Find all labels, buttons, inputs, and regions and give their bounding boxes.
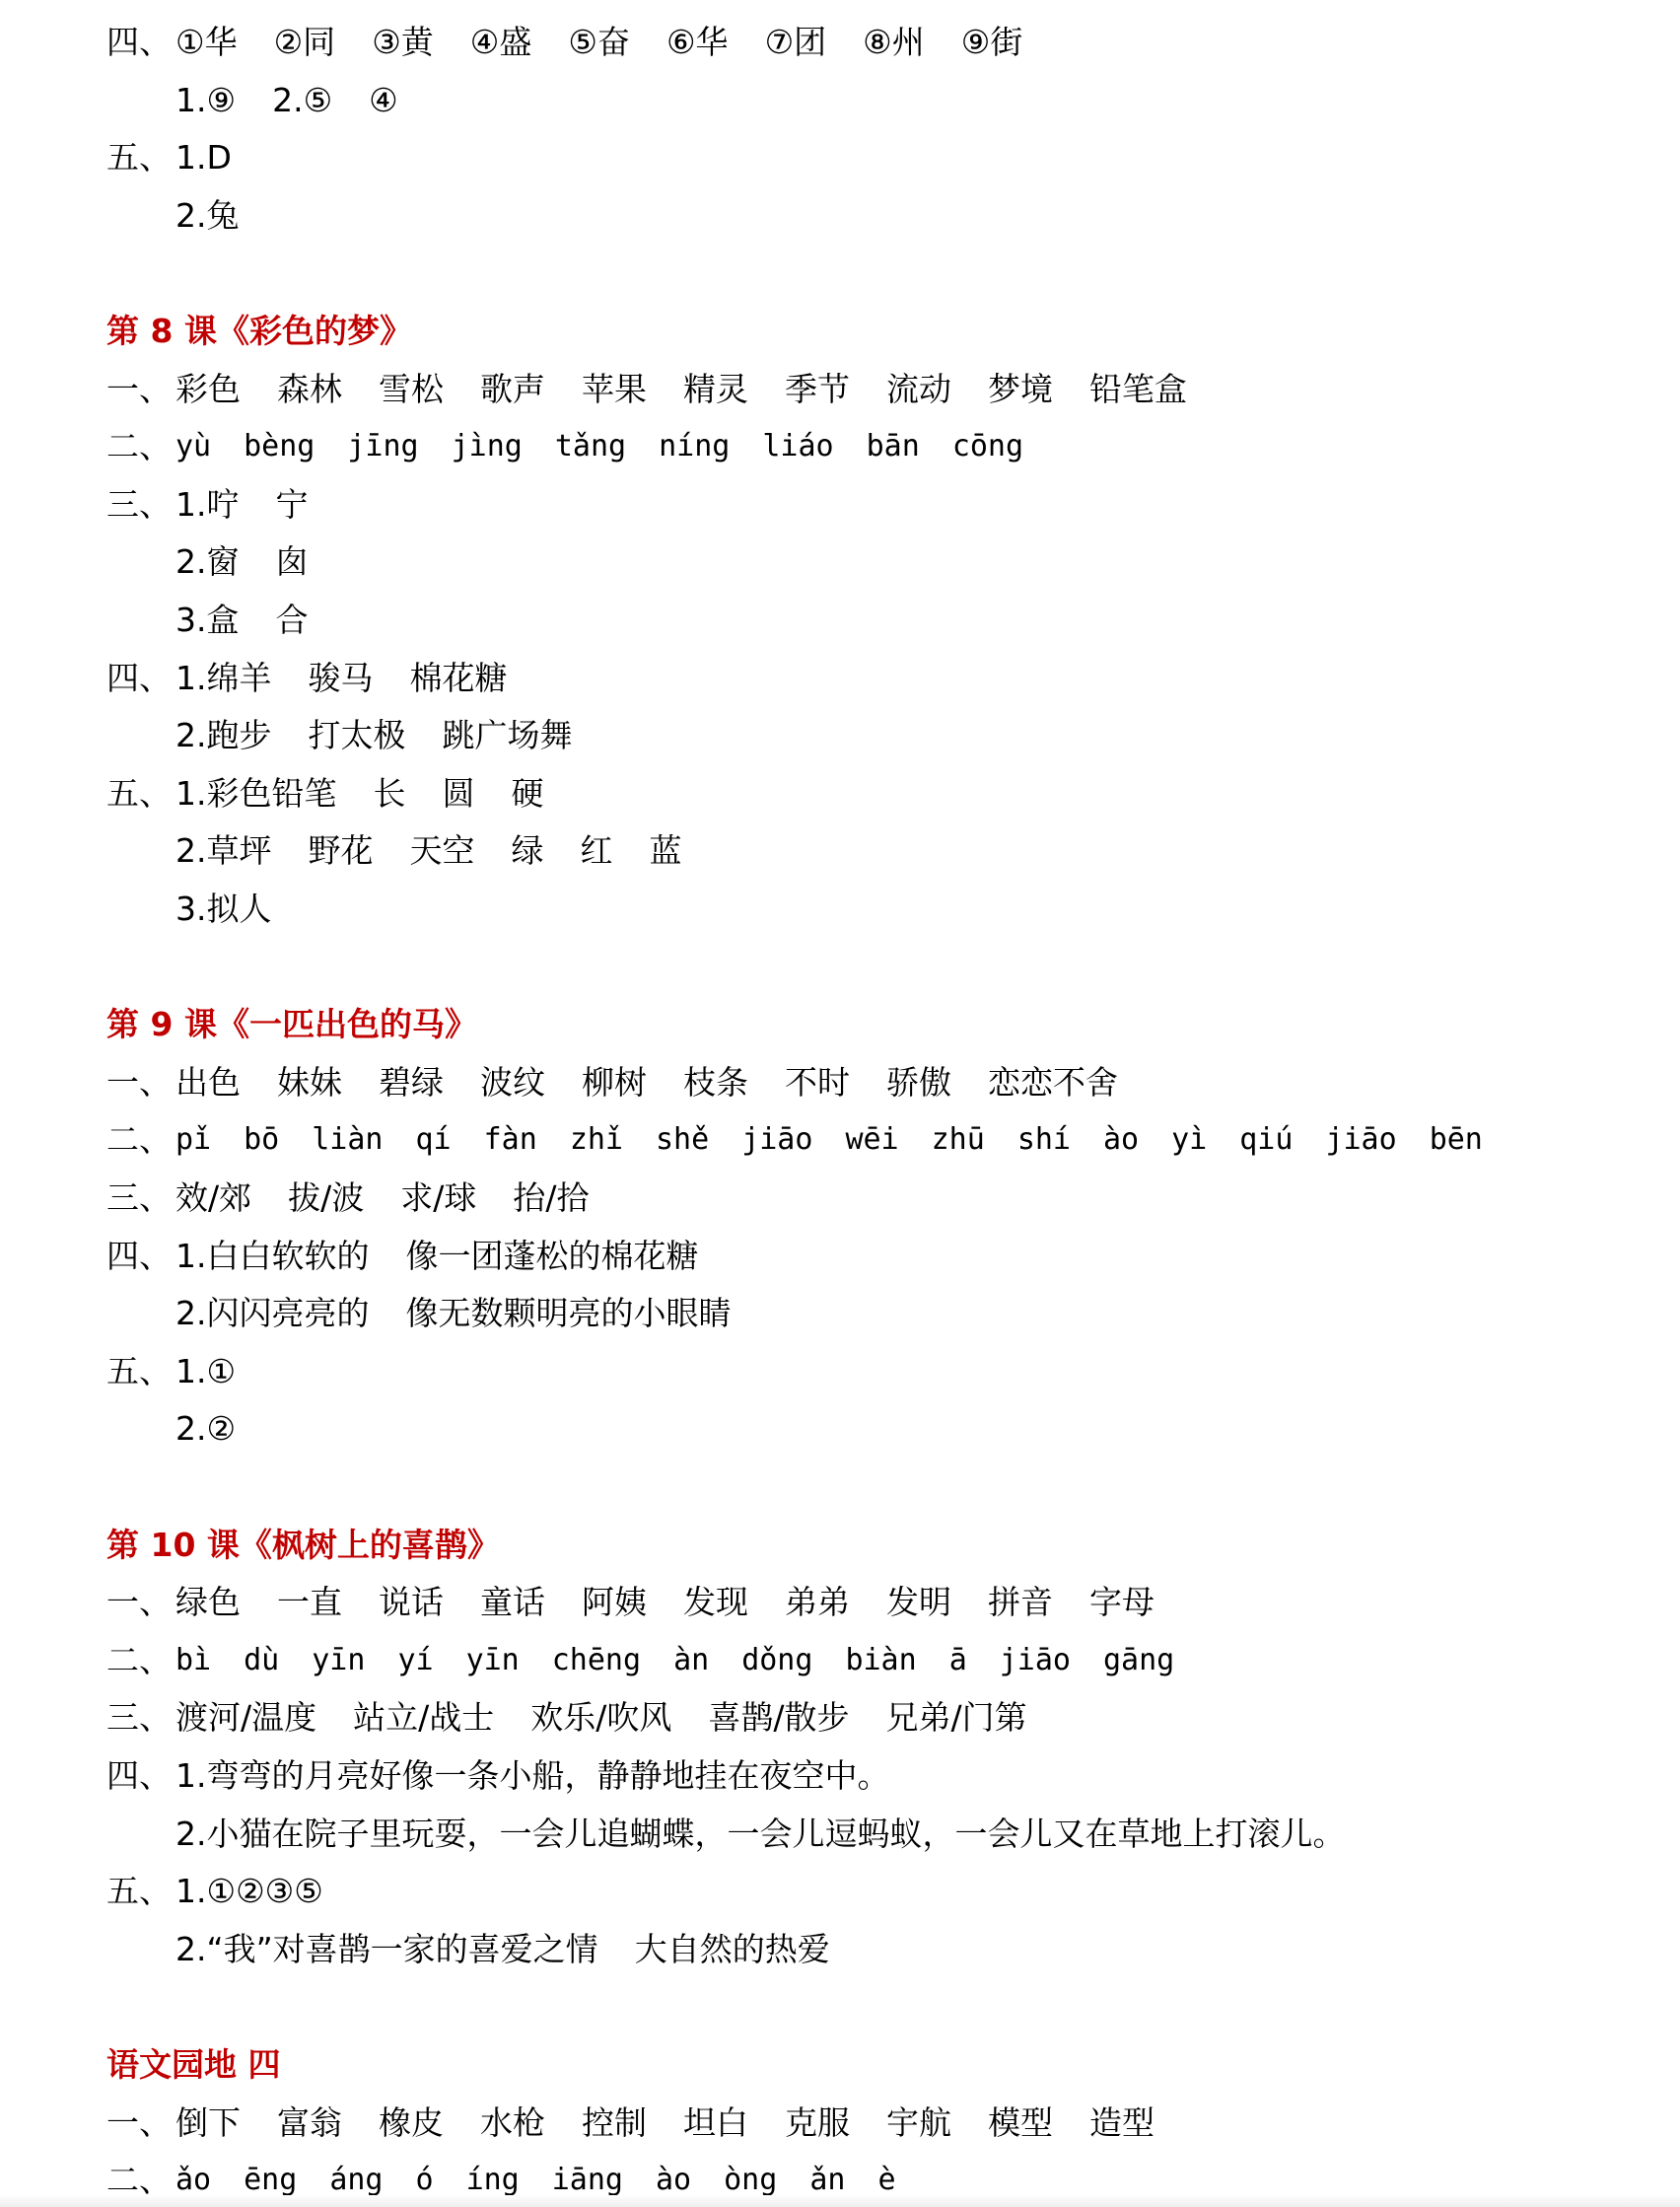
answer-item: 欢乐/吹风 bbox=[530, 1689, 671, 1746]
answer-item: 像一团蓬松的棉花糖 bbox=[406, 1228, 699, 1285]
answer-items: bìdùyīnyíyīnchēngàndǒngbiànājiāogāng bbox=[175, 1632, 1207, 1689]
answer-item: 绿色 bbox=[175, 1574, 241, 1631]
answer-item: 出色 bbox=[175, 1054, 241, 1111]
section-heading-lesson8: 第 8 课《彩色的梦》 bbox=[106, 303, 412, 360]
answer-item: 2.⑤ bbox=[272, 72, 332, 129]
answer-line-lesson10-q5-2: 2.“我”对喜鹊一家的喜爱之情大自然的热爱 bbox=[175, 1921, 830, 1978]
answer-line-lesson10-q4-2: 2.小猫在院子里玩耍，一会儿追蝴蝶，一会儿逗蚂蚁，一会儿又在草地上打滚儿。 bbox=[175, 1806, 1346, 1863]
question-number: 四、 bbox=[106, 14, 175, 71]
answer-items: 1.① bbox=[175, 1343, 236, 1400]
answer-line-lesson8-q3-2: 2.窗囱 bbox=[175, 534, 309, 591]
pinyin-answer: fàn bbox=[484, 1111, 537, 1169]
answer-item: 打太极 bbox=[309, 707, 406, 764]
question-number: 一、 bbox=[106, 1574, 175, 1631]
pinyin-answer: chēng bbox=[552, 1632, 641, 1689]
answer-items: 1.①②③⑤ bbox=[175, 1863, 323, 1920]
pinyin-answer: yí bbox=[397, 1632, 433, 1689]
pinyin-answer: liàn bbox=[312, 1111, 383, 1169]
question-number: 五、 bbox=[106, 1343, 175, 1400]
answer-item: 倒下 bbox=[175, 2095, 241, 2152]
answer-item: 精灵 bbox=[683, 361, 748, 418]
answer-item: 站立/战士 bbox=[353, 1689, 494, 1746]
answer-item: 弟弟 bbox=[785, 1574, 850, 1631]
answer-items: 1.咛宁 bbox=[175, 476, 309, 534]
answer-line-top-continuation-q4_sub: 1.⑨2.⑤④ bbox=[175, 72, 398, 129]
pinyin-answer: pǐ bbox=[175, 1111, 211, 1169]
pinyin-answer: zhǐ bbox=[570, 1111, 623, 1169]
answer-item: 橡皮 bbox=[379, 2095, 444, 2152]
answer-line-lesson9-q1: 一、出色妹妹碧绿波纹柳树枝条不时骄傲恋恋不舍 bbox=[106, 1054, 1118, 1111]
answer-item: ⑧州 bbox=[863, 14, 925, 71]
answer-item: 不时 bbox=[785, 1054, 850, 1111]
pinyin-answer: zhū bbox=[932, 1111, 985, 1169]
answer-item: 1.咛 bbox=[175, 476, 240, 534]
answer-item: 3.拟人 bbox=[175, 881, 272, 938]
answer-item: 天空 bbox=[410, 822, 475, 880]
answer-item: 铅笔盒 bbox=[1089, 361, 1187, 418]
page-bottom-edge bbox=[0, 2195, 1680, 2207]
question-number: 三、 bbox=[106, 1170, 175, 1227]
answer-item: 喜鹊/散步 bbox=[708, 1689, 849, 1746]
answer-item: 1.彩色铅笔 bbox=[175, 765, 337, 822]
pinyin-answer: jiāo bbox=[1325, 1111, 1396, 1169]
answer-item: 2.小猫在院子里玩耍，一会儿追蝴蝶，一会儿逗蚂蚁，一会儿又在草地上打滚儿。 bbox=[175, 1806, 1346, 1863]
answer-items: yùbèngjīngjìngtǎngníngliáobāncōng bbox=[175, 418, 1056, 475]
pinyin-answer: bēn bbox=[1430, 1111, 1483, 1169]
answer-item: 梦境 bbox=[988, 361, 1053, 418]
answer-item: 流动 bbox=[886, 361, 951, 418]
answer-item: 圆 bbox=[443, 765, 475, 822]
pinyin-answer: níng bbox=[659, 418, 730, 475]
answer-line-top-continuation-q4: 四、①华②同③黄④盛⑤奋⑥华⑦团⑧州⑨街 bbox=[106, 14, 1022, 71]
pinyin-answer: ā bbox=[949, 1632, 967, 1689]
pinyin-answer: gāng bbox=[1103, 1632, 1174, 1689]
pinyin-answer: bèng bbox=[244, 418, 315, 475]
pinyin-answer: qiú bbox=[1239, 1111, 1293, 1169]
answer-line-lesson9-q5-2: 2.② bbox=[175, 1400, 236, 1458]
answer-item: 硬 bbox=[512, 765, 544, 822]
answer-item: 跳广场舞 bbox=[443, 707, 573, 764]
pinyin-answer: biàn bbox=[845, 1632, 916, 1689]
pinyin-answer: bō bbox=[244, 1111, 279, 1169]
answer-line-lesson8-q5-3: 3.拟人 bbox=[175, 881, 272, 938]
answer-line-lesson8-q3-3: 3.盒合 bbox=[175, 592, 309, 649]
pinyin-answer: yì bbox=[1171, 1111, 1207, 1169]
answer-item: 长 bbox=[374, 765, 406, 822]
section-heading-lesson10: 第 10 课《枫树上的喜鹊》 bbox=[106, 1517, 500, 1574]
answer-line-lesson8-q3-1: 三、1.咛宁 bbox=[106, 476, 309, 534]
answer-items: ①华②同③黄④盛⑤奋⑥华⑦团⑧州⑨街 bbox=[175, 14, 1022, 71]
pinyin-answer: jiāo bbox=[1000, 1632, 1071, 1689]
answer-item: 水枪 bbox=[480, 2095, 545, 2152]
answer-item: 囱 bbox=[276, 534, 309, 591]
pinyin-answer: àn bbox=[673, 1632, 709, 1689]
answer-line-lesson10-q2: 二、bìdùyīnyíyīnchēngàndǒngbiànājiāogāng bbox=[106, 1632, 1207, 1689]
answer-item: 富翁 bbox=[277, 2095, 342, 2152]
answer-item: 2.“我”对喜鹊一家的喜爱之情 bbox=[175, 1921, 598, 1978]
answer-items: 1.白白软软的像一团蓬松的棉花糖 bbox=[175, 1228, 699, 1285]
answer-line-lesson10-q3: 三、渡河/温度站立/战士欢乐/吹风喜鹊/散步兄弟/门第 bbox=[106, 1689, 1027, 1746]
answer-line-lesson9-q3: 三、效/郊拔/波求/球抬/拾 bbox=[106, 1170, 590, 1227]
answer-item: 1.⑨ bbox=[175, 72, 236, 129]
pinyin-answer: cōng bbox=[952, 418, 1023, 475]
answer-item: 效/郊 bbox=[175, 1170, 251, 1227]
answer-item: 大自然的热爱 bbox=[635, 1921, 830, 1978]
answer-items: 1.⑨2.⑤④ bbox=[175, 72, 398, 129]
answer-item: 2.窗 bbox=[175, 534, 240, 591]
answer-item: ③黄 bbox=[372, 14, 434, 71]
answer-items: 出色妹妹碧绿波纹柳树枝条不时骄傲恋恋不舍 bbox=[175, 1054, 1118, 1111]
section-heading-lesson9: 第 9 课《一匹出色的马》 bbox=[106, 996, 477, 1053]
answer-line-lesson9-q4-2: 2.闪闪亮亮的像无数颗明亮的小眼睛 bbox=[175, 1285, 732, 1342]
answer-line-lesson9-q2: 二、pǐbōliànqífànzhǐshějiāowēizhūshíàoyìqi… bbox=[106, 1111, 1515, 1169]
answer-line-lesson9-q4-1: 四、1.白白软软的像一团蓬松的棉花糖 bbox=[106, 1228, 699, 1285]
pinyin-answer: yīn bbox=[466, 1632, 520, 1689]
question-number: 三、 bbox=[106, 1689, 175, 1746]
answer-item: 妹妹 bbox=[277, 1054, 342, 1111]
answer-item: 宇航 bbox=[886, 2095, 951, 2152]
answer-item: 字母 bbox=[1089, 1574, 1155, 1631]
pinyin-answer: liáo bbox=[762, 418, 833, 475]
answer-item: 兄弟/门第 bbox=[886, 1689, 1027, 1746]
answer-item: 森林 bbox=[277, 361, 342, 418]
answer-items: 3.拟人 bbox=[175, 881, 272, 938]
answer-item: 拼音 bbox=[988, 1574, 1053, 1631]
answer-item: 彩色 bbox=[175, 361, 241, 418]
question-number: 五、 bbox=[106, 765, 175, 822]
answer-item: 1.D bbox=[175, 129, 232, 186]
answer-items: 2.跑步打太极跳广场舞 bbox=[175, 707, 573, 764]
answer-item: 1.① bbox=[175, 1343, 236, 1400]
answer-item: 歌声 bbox=[480, 361, 545, 418]
answer-item: 3.盒 bbox=[175, 592, 240, 649]
pinyin-answer: yù bbox=[175, 418, 211, 475]
answer-item: 柳树 bbox=[582, 1054, 647, 1111]
question-number: 四、 bbox=[106, 650, 175, 707]
question-number: 三、 bbox=[106, 476, 175, 534]
answer-line-top-continuation-q5_1: 五、1.D bbox=[106, 129, 232, 186]
answer-line-lesson8-q5-2: 2.草坪野花天空绿红蓝 bbox=[175, 822, 682, 880]
answer-item: ④盛 bbox=[470, 14, 532, 71]
pinyin-answer: jiāo bbox=[741, 1111, 812, 1169]
pinyin-answer: bì bbox=[175, 1632, 211, 1689]
answer-line-lesson8-q1: 一、彩色森林雪松歌声苹果精灵季节流动梦境铅笔盒 bbox=[106, 361, 1187, 418]
question-number: 五、 bbox=[106, 129, 175, 186]
answer-item: 模型 bbox=[988, 2095, 1053, 2152]
answer-item: 碧绿 bbox=[379, 1054, 444, 1111]
answer-items: 1.D bbox=[175, 129, 232, 186]
answer-line-garden4-q1: 一、倒下富翁橡皮水枪控制坦白克服宇航模型造型 bbox=[106, 2095, 1155, 2152]
answer-items: 2.兔 bbox=[175, 187, 240, 245]
answer-item: 克服 bbox=[785, 2095, 850, 2152]
pinyin-answer: shí bbox=[1017, 1111, 1071, 1169]
answer-item: 渡河/温度 bbox=[175, 1689, 316, 1746]
answer-item: 枝条 bbox=[683, 1054, 748, 1111]
answer-item: 绿 bbox=[512, 822, 544, 880]
answer-item: 说话 bbox=[379, 1574, 444, 1631]
answer-items: 1.绵羊骏马棉花糖 bbox=[175, 650, 508, 707]
question-number: 四、 bbox=[106, 1747, 175, 1805]
question-number: 二、 bbox=[106, 1632, 175, 1689]
answer-item: 波纹 bbox=[480, 1054, 545, 1111]
answer-item: 1.①②③⑤ bbox=[175, 1863, 323, 1920]
answer-item: 1.绵羊 bbox=[175, 650, 272, 707]
answer-item: ⑨街 bbox=[961, 14, 1023, 71]
answer-item: ⑤奋 bbox=[568, 14, 630, 71]
answer-item: ④ bbox=[369, 72, 398, 129]
answer-item: 宁 bbox=[276, 476, 309, 534]
answer-line-lesson8-q4-2: 2.跑步打太极跳广场舞 bbox=[175, 707, 573, 764]
answer-item: 抬/拾 bbox=[513, 1170, 589, 1227]
answer-item: 像无数颗明亮的小眼睛 bbox=[406, 1285, 732, 1342]
answer-items: 倒下富翁橡皮水枪控制坦白克服宇航模型造型 bbox=[175, 2095, 1155, 2152]
question-number: 一、 bbox=[106, 2095, 175, 2152]
answer-item: 合 bbox=[276, 592, 309, 649]
answer-items: 绿色一直说话童话阿姨发现弟弟发明拼音字母 bbox=[175, 1574, 1155, 1631]
answer-items: 效/郊拔/波求/球抬/拾 bbox=[175, 1170, 590, 1227]
question-number: 二、 bbox=[106, 418, 175, 475]
answer-item: 2.兔 bbox=[175, 187, 240, 245]
answer-items: 2.窗囱 bbox=[175, 534, 309, 591]
answer-item: 童话 bbox=[480, 1574, 545, 1631]
answer-items: 彩色森林雪松歌声苹果精灵季节流动梦境铅笔盒 bbox=[175, 361, 1187, 418]
answer-items: 2.闪闪亮亮的像无数颗明亮的小眼睛 bbox=[175, 1285, 732, 1342]
pinyin-answer: shě bbox=[656, 1111, 709, 1169]
answer-item: 骏马 bbox=[309, 650, 374, 707]
answer-item: 阿姨 bbox=[582, 1574, 647, 1631]
pinyin-answer: yīn bbox=[312, 1632, 365, 1689]
answer-items: 2.草坪野花天空绿红蓝 bbox=[175, 822, 682, 880]
answer-line-lesson8-q5-1: 五、1.彩色铅笔长圆硬 bbox=[106, 765, 544, 822]
answer-item: 拔/波 bbox=[288, 1170, 364, 1227]
question-number: 五、 bbox=[106, 1863, 175, 1920]
answer-item: 控制 bbox=[582, 2095, 647, 2152]
answer-line-lesson10-q4-1: 四、1.弯弯的月亮好像一条小船，静静地挂在夜空中。 bbox=[106, 1747, 890, 1805]
pinyin-answer: bān bbox=[867, 418, 920, 475]
answer-item: 恋恋不舍 bbox=[988, 1054, 1118, 1111]
answer-items: pǐbōliànqífànzhǐshějiāowēizhūshíàoyìqiúj… bbox=[175, 1111, 1515, 1169]
pinyin-answer: jìng bbox=[452, 418, 523, 475]
answer-item: 1.白白软软的 bbox=[175, 1228, 370, 1285]
pinyin-answer: dǒng bbox=[741, 1632, 812, 1689]
section-heading-garden4: 语文园地 四 bbox=[106, 2036, 281, 2094]
answer-item: 发现 bbox=[683, 1574, 748, 1631]
question-number: 一、 bbox=[106, 361, 175, 418]
answer-items: 2.② bbox=[175, 1400, 236, 1458]
answer-item: ①华 bbox=[175, 14, 238, 71]
question-number: 二、 bbox=[106, 1111, 175, 1169]
pinyin-answer: qí bbox=[416, 1111, 452, 1169]
answer-item: 2.草坪 bbox=[175, 822, 272, 880]
answer-line-top-continuation-q5_2: 2.兔 bbox=[175, 187, 240, 245]
pinyin-answer: jīng bbox=[347, 418, 418, 475]
answer-item: 坦白 bbox=[683, 2095, 748, 2152]
pinyin-answer: tǎng bbox=[555, 418, 626, 475]
answer-items: 渡河/温度站立/战士欢乐/吹风喜鹊/散步兄弟/门第 bbox=[175, 1689, 1027, 1746]
answer-item: ⑥华 bbox=[666, 14, 729, 71]
answer-item: 求/球 bbox=[400, 1170, 476, 1227]
answer-items: 2.“我”对喜鹊一家的喜爱之情大自然的热爱 bbox=[175, 1921, 830, 1978]
answer-item: 2.闪闪亮亮的 bbox=[175, 1285, 370, 1342]
answer-items: 2.小猫在院子里玩耍，一会儿追蝴蝶，一会儿逗蚂蚁，一会儿又在草地上打滚儿。 bbox=[175, 1806, 1346, 1863]
answer-item: ②同 bbox=[274, 14, 336, 71]
question-number: 四、 bbox=[106, 1228, 175, 1285]
answer-item: 野花 bbox=[309, 822, 374, 880]
answer-item: 发明 bbox=[886, 1574, 951, 1631]
answer-item: 蓝 bbox=[650, 822, 682, 880]
answer-item: 红 bbox=[581, 822, 613, 880]
answer-item: 一直 bbox=[277, 1574, 342, 1631]
answer-item: 造型 bbox=[1089, 2095, 1155, 2152]
answer-item: 雪松 bbox=[379, 361, 444, 418]
pinyin-answer: ào bbox=[1103, 1111, 1139, 1169]
answer-items: 1.弯弯的月亮好像一条小船，静静地挂在夜空中。 bbox=[175, 1747, 890, 1805]
answer-line-lesson8-q4-1: 四、1.绵羊骏马棉花糖 bbox=[106, 650, 508, 707]
answer-item: 骄傲 bbox=[886, 1054, 951, 1111]
answer-item: 季节 bbox=[785, 361, 850, 418]
answer-item: 棉花糖 bbox=[410, 650, 508, 707]
answer-line-lesson9-q5-1: 五、1.① bbox=[106, 1343, 236, 1400]
answer-item: 1.弯弯的月亮好像一条小船，静静地挂在夜空中。 bbox=[175, 1747, 890, 1805]
question-number: 一、 bbox=[106, 1054, 175, 1111]
answer-line-lesson10-q1: 一、绿色一直说话童话阿姨发现弟弟发明拼音字母 bbox=[106, 1574, 1155, 1631]
answer-item: 苹果 bbox=[582, 361, 647, 418]
pinyin-answer: wēi bbox=[845, 1111, 898, 1169]
answer-item: 2.② bbox=[175, 1400, 236, 1458]
answer-items: 3.盒合 bbox=[175, 592, 309, 649]
answer-items: 1.彩色铅笔长圆硬 bbox=[175, 765, 544, 822]
pinyin-answer: dù bbox=[244, 1632, 279, 1689]
answer-item: ⑦团 bbox=[765, 14, 827, 71]
answer-item: 2.跑步 bbox=[175, 707, 272, 764]
answer-line-lesson10-q5-1: 五、1.①②③⑤ bbox=[106, 1863, 323, 1920]
answer-line-lesson8-q2: 二、yùbèngjīngjìngtǎngníngliáobāncōng bbox=[106, 418, 1056, 475]
